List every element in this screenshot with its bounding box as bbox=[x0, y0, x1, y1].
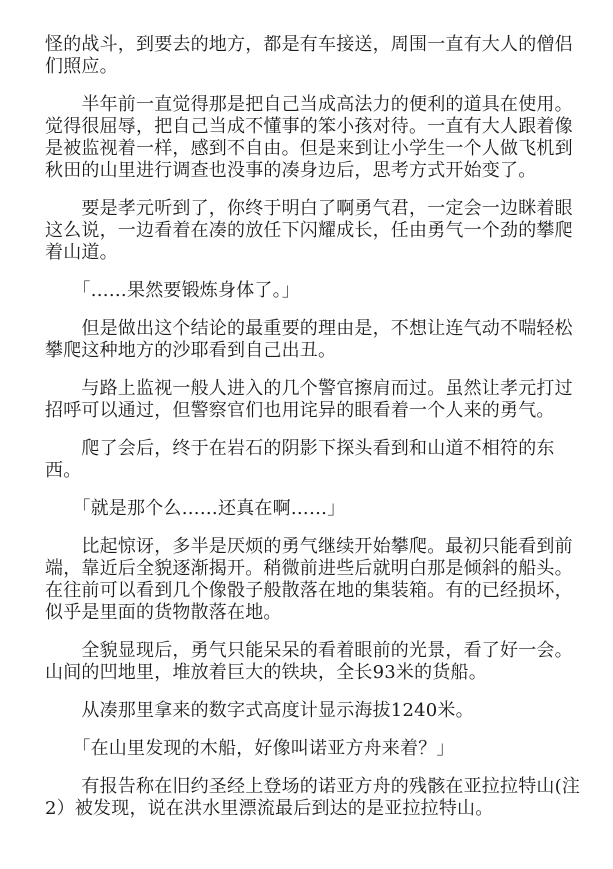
body-paragraph: 要是孝元听到了，你终于明白了啊勇气君，一定会一边眯着眼 这么说，一边看着在凑的放… bbox=[45, 198, 585, 264]
body-paragraph: 爬了会后，终于在岩石的阴影下探头看到和山道不相符的东 西。 bbox=[45, 438, 585, 482]
body-paragraph: 全貌显现后，勇气只能呆呆的看着眼前的光景，看了好一会。 山间的凹地里，堆放着巨大… bbox=[45, 640, 585, 684]
document-page: 怪的战斗，到要去的地方，都是有车接送，周围一直有大人的僧侣 们照应。 半年前一直… bbox=[0, 0, 613, 869]
body-paragraph: 与路上监视一般人进入的几个警官擦肩而过。虽然让孝元打过 招呼可以通过，但警察官们… bbox=[45, 378, 585, 422]
dialogue-paragraph: 「就是那个么……还真在啊……」 bbox=[45, 498, 585, 520]
body-paragraph: 比起惊讶，多半是厌烦的勇气继续开始攀爬。最初只能看到前 端，靠近后全貌逐渐揭开。… bbox=[45, 536, 585, 624]
body-paragraph: 从凑那里拿来的数字式高度计显示海拔1240米。 bbox=[45, 700, 585, 722]
page-text: 怪的战斗，到要去的地方，都是有车接送，周围一直有大人的僧侣 们照应。 半年前一直… bbox=[45, 34, 585, 820]
dialogue-paragraph: 「……果然要锻炼身体了。」 bbox=[45, 280, 585, 302]
dialogue-paragraph: 「在山里发现的木船，好像叫诺亚方舟来着？」 bbox=[45, 738, 585, 760]
body-paragraph: 有报告称在旧约圣经上登场的诺亚方舟的残骸在亚拉拉特山(注 2）被发现，说在洪水里… bbox=[45, 776, 585, 820]
body-paragraph: 半年前一直觉得那是把自己当成高法力的便利的道具在使用。 觉得很屈辱，把自己当成不… bbox=[45, 94, 585, 182]
body-paragraph: 但是做出这个结论的最重要的理由是，不想让连气动不喘轻松 攀爬这种地方的沙耶看到自… bbox=[45, 318, 585, 362]
body-paragraph: 怪的战斗，到要去的地方，都是有车接送，周围一直有大人的僧侣 们照应。 bbox=[45, 34, 585, 78]
